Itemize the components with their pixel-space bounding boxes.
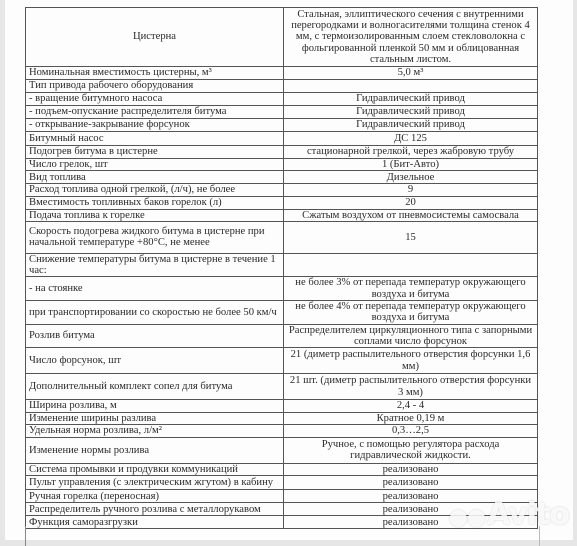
table-row: Число форсунок, шт 21 (диметр распылител… xyxy=(26,348,538,374)
table-row: Пульт управления (с электрическим жгутом… xyxy=(26,476,538,490)
row-key: Снижение температуры битума в цистерне в… xyxy=(26,253,284,277)
table-row: - подъем-опускание распределителя битума… xyxy=(26,106,538,119)
row-key: Ручная горелка (переносная) xyxy=(26,490,284,503)
row-value: Гидравлический привод xyxy=(284,119,538,132)
row-value: ДС 125 xyxy=(284,132,538,146)
row-value: 21 (диметр распылительного отверстия фор… xyxy=(284,348,538,374)
table-row: Удельная норма розлива, л/м² 0,3…2,5 xyxy=(26,424,538,437)
row-key: - вращение битумного насоса xyxy=(26,93,284,106)
row-key: Битумный насос xyxy=(26,132,284,146)
row-value: Дизельное xyxy=(284,171,538,184)
row-key: Дополнительный комплект сопел для битума xyxy=(26,374,284,400)
table-row: Подогрев битума в цистерне стационарной … xyxy=(26,146,538,159)
row-key: Номинальная вместимость цистерны, м³ xyxy=(26,67,284,80)
watermark-text: Avito xyxy=(487,497,569,532)
table-row: Цистерна Стальная, эллиптического сечени… xyxy=(26,8,538,67)
table-row: Вид топлива Дизельное xyxy=(26,171,538,184)
document-page: Цистерна Стальная, эллиптического сечени… xyxy=(5,0,573,540)
row-value: Гидравлический привод xyxy=(284,106,538,119)
row-value: реализовано xyxy=(284,476,538,490)
row-key: Тип привода рабочего оборудования xyxy=(26,80,284,93)
row-value: Стальная, эллиптического сечения с внутр… xyxy=(284,8,538,67)
row-value: 15 xyxy=(284,221,538,253)
row-key: Подача топлива к горелке xyxy=(26,209,284,221)
row-key: Распределитель ручного розлива с металло… xyxy=(26,503,284,516)
row-key: Система промывки и продувки коммуникаций xyxy=(26,463,284,475)
row-value: 2,4 - 4 xyxy=(284,400,538,412)
row-value: 5,0 м³ xyxy=(284,67,538,80)
row-value xyxy=(284,253,538,277)
row-value: 0,3…2,5 xyxy=(284,424,538,437)
row-key: при транспортировании со скоростью не бо… xyxy=(26,301,284,325)
row-key: Изменение нормы розлива xyxy=(26,437,284,463)
row-value: Гидравлический привод xyxy=(284,93,538,106)
table-row: Вместимость топливных баков горелок (л) … xyxy=(26,196,538,209)
table-row: Снижение температуры битума в цистерне в… xyxy=(26,253,538,277)
row-key: Вид топлива xyxy=(26,171,284,184)
table-row: Расход топлива одной грелкой, (л/ч), не … xyxy=(26,184,538,196)
table-row: Дополнительный комплект сопел для битума… xyxy=(26,374,538,400)
row-key: Скорость подогрева жидкого битума в цист… xyxy=(26,221,284,253)
row-value: не более 4% от перепада температур окруж… xyxy=(284,301,538,325)
row-value: 21 шт. (диметр распылительного отверстия… xyxy=(284,374,538,400)
row-key: Цистерна xyxy=(26,8,284,67)
row-key: Число грелок, шт xyxy=(26,159,284,171)
row-value: Ручное, с помощью регулятора расхода гид… xyxy=(284,437,538,463)
row-value: не более 3% от перепада температур окруж… xyxy=(284,277,538,301)
table-row: Число грелок, шт 1 (Бит-Авто) xyxy=(26,159,538,171)
table-row: Подача топлива к горелке Сжатым воздухом… xyxy=(26,209,538,221)
table-row: Номинальная вместимость цистерны, м³ 5,0… xyxy=(26,67,538,80)
row-key: Удельная норма розлива, л/м² xyxy=(26,424,284,437)
row-key: Розлив битума xyxy=(26,324,284,348)
spec-table: Цистерна Стальная, эллиптического сечени… xyxy=(25,7,538,529)
table-row: при транспортировании со скоростью не бо… xyxy=(26,301,538,325)
row-key: - подъем-опускание распределителя битума xyxy=(26,106,284,119)
avito-dots-icon: ●● xyxy=(449,505,485,530)
row-value xyxy=(284,80,538,93)
row-value: Сжатым воздухом от пневмосистемы самосва… xyxy=(284,209,538,221)
table-row: Изменение нормы розлива Ручное, с помощь… xyxy=(26,437,538,463)
row-value: 1 (Бит-Авто) xyxy=(284,159,538,171)
row-key: Изменение ширины разлива xyxy=(26,412,284,424)
row-key: - на стоянке xyxy=(26,277,284,301)
avito-watermark: ●●Avito xyxy=(449,497,569,532)
row-key: Вместимость топливных баков горелок (л) xyxy=(26,196,284,209)
table-row: - открывание-закрывание форсунок Гидравл… xyxy=(26,119,538,132)
table-row: Тип привода рабочего оборудования xyxy=(26,80,538,93)
table-row: Битумный насос ДС 125 xyxy=(26,132,538,146)
row-key: Пульт управления (с электрическим жгутом… xyxy=(26,476,284,490)
row-key: Число форсунок, шт xyxy=(26,348,284,374)
table-row: Скорость подогрева жидкого битума в цист… xyxy=(26,221,538,253)
row-value: 9 xyxy=(284,184,538,196)
table-row: Розлив битума Распределителем циркуляцио… xyxy=(26,324,538,348)
row-key: - открывание-закрывание форсунок xyxy=(26,119,284,132)
table-row: Ширина розлива, м 2,4 - 4 xyxy=(26,400,538,412)
row-value: 20 xyxy=(284,196,538,209)
table-row: - на стоянке не более 3% от перепада тем… xyxy=(26,277,538,301)
row-key: Подогрев битума в цистерне xyxy=(26,146,284,159)
row-value: реализовано xyxy=(284,463,538,475)
row-value: Кратное 0,19 м xyxy=(284,412,538,424)
row-value: Распределителем циркуляционного типа с з… xyxy=(284,324,538,348)
row-key: Расход топлива одной грелкой, (л/ч), не … xyxy=(26,184,284,196)
row-key: Ширина розлива, м xyxy=(26,400,284,412)
table-row: Изменение ширины разлива Кратное 0,19 м xyxy=(26,412,538,424)
table-row: Система промывки и продувки коммуникаций… xyxy=(26,463,538,475)
table-row: - вращение битумного насоса Гидравлическ… xyxy=(26,93,538,106)
row-value: стационарной грелкой, через жабровую тру… xyxy=(284,146,538,159)
